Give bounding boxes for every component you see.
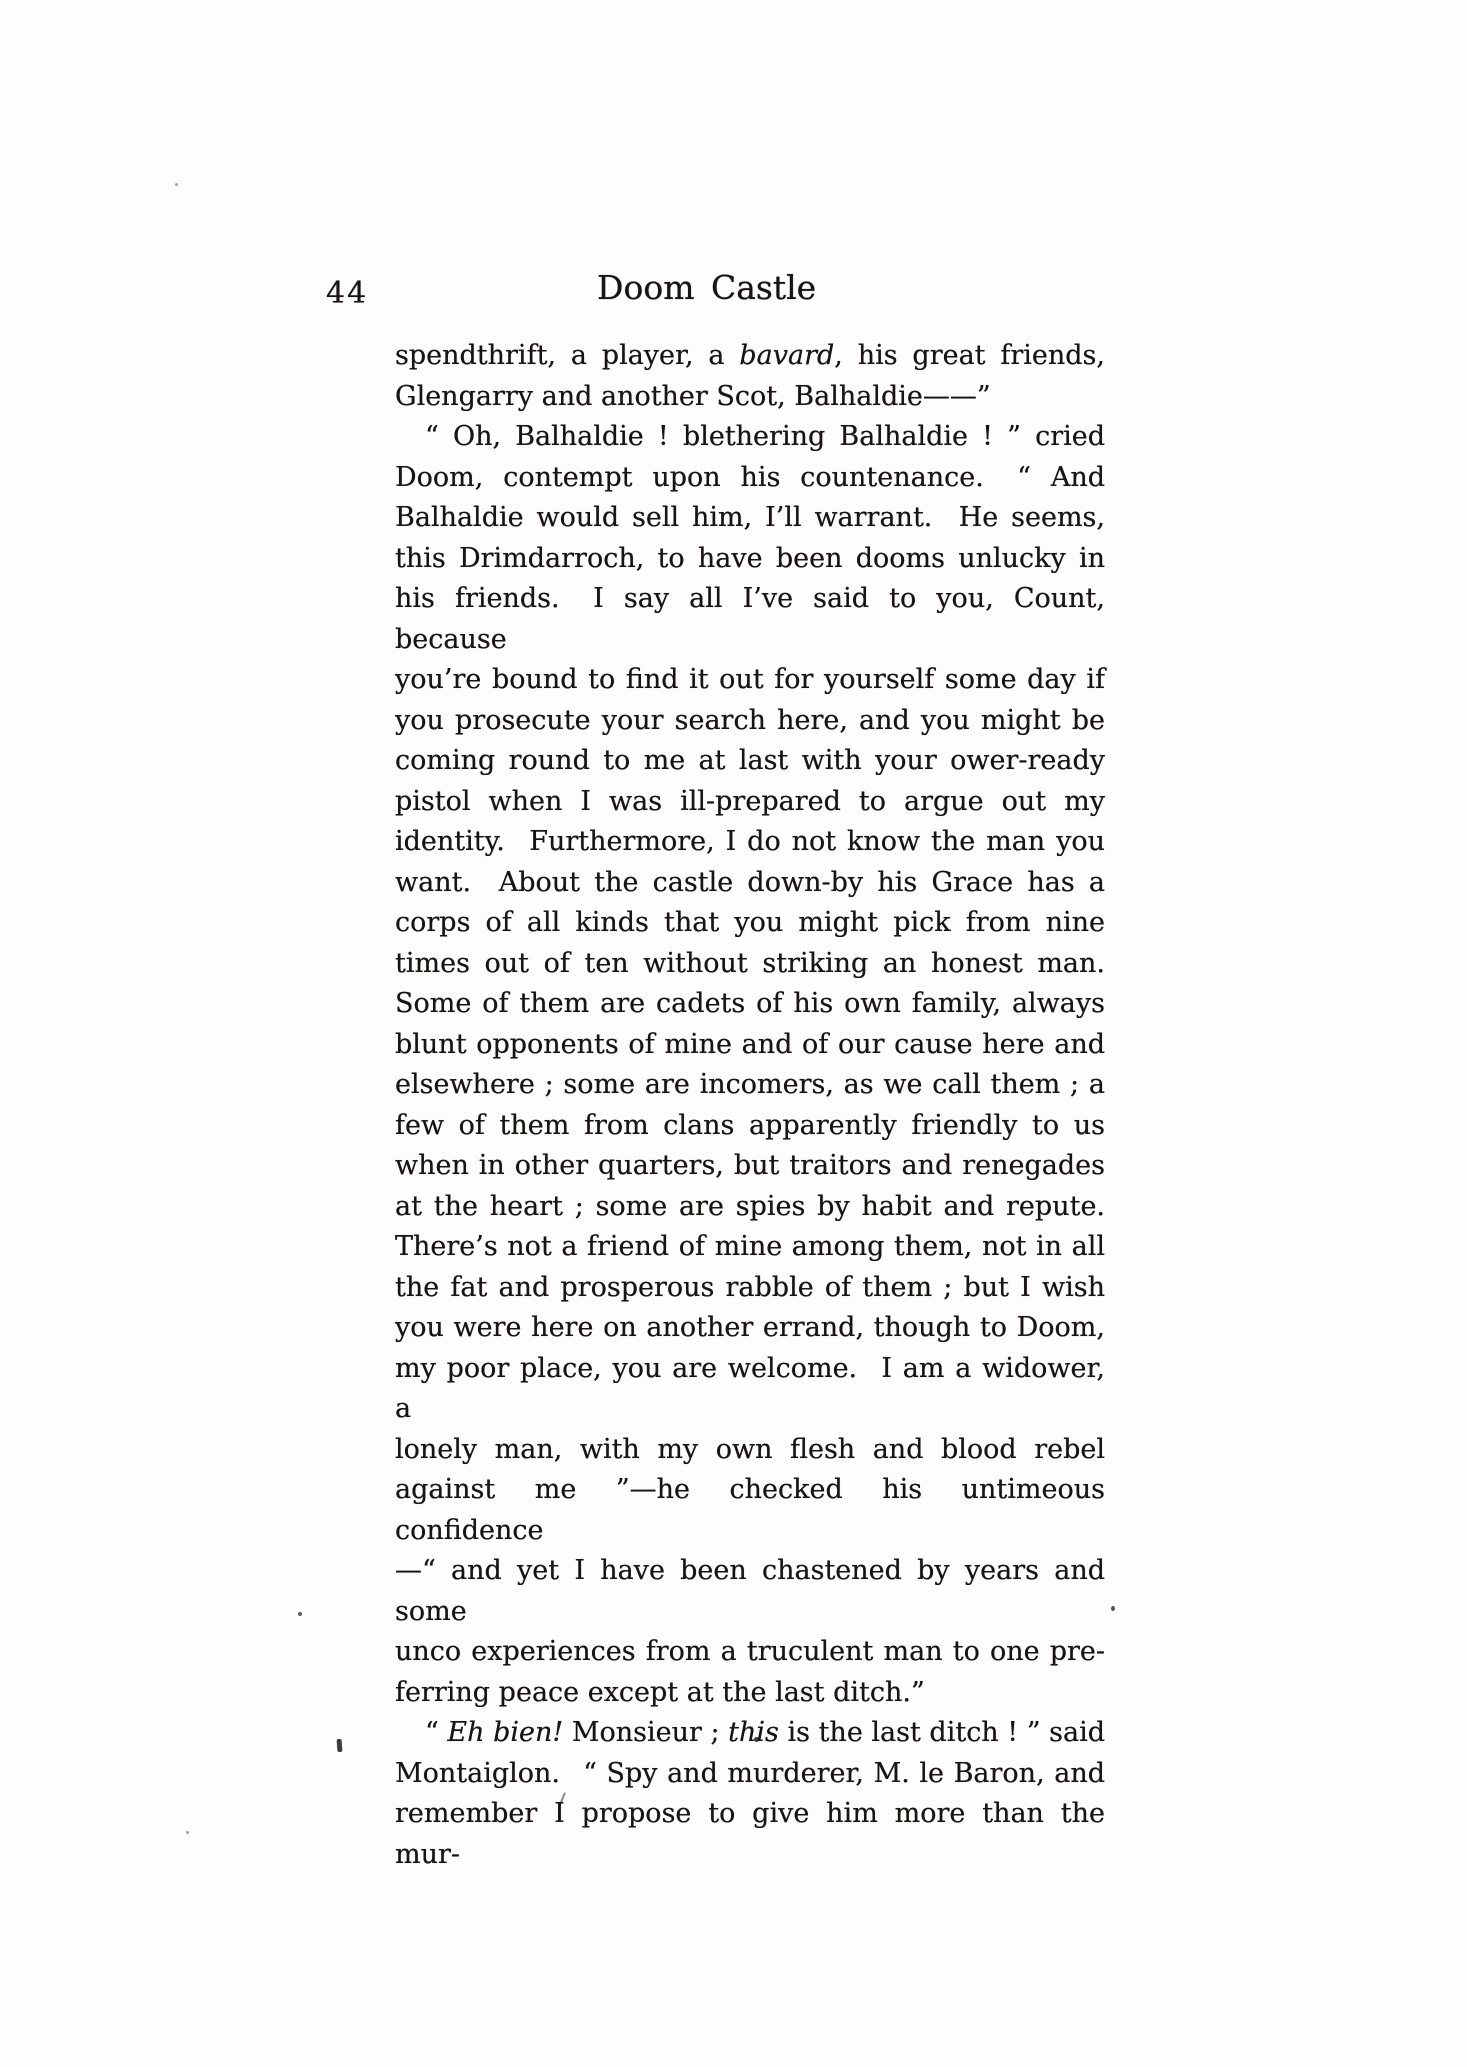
text-segment: “ Oh, Balhaldie ! blethering Balhaldie !… <box>425 421 1105 452</box>
scan-speck <box>298 1612 302 1616</box>
text-line: you’re bound to find it out for yourself… <box>395 660 1105 701</box>
text-segment: spendthrift, a player, a <box>395 340 739 371</box>
text-segment: lonely man, with my own flesh and blood … <box>395 1434 1105 1465</box>
scan-speck <box>186 1831 189 1834</box>
text-segment: Monsieur ; <box>563 1717 728 1748</box>
text-line: remember I propose to give him more than… <box>395 1794 1105 1875</box>
text-segment: want. About the castle down-by his Grace… <box>395 867 1105 898</box>
text-segment: is the last ditch ! ” said <box>779 1717 1105 1748</box>
italic-text: Eh bien! <box>447 1717 563 1748</box>
text-segment: when in other quarters, but traitors and… <box>395 1150 1105 1181</box>
text-line: lonely man, with my own flesh and blood … <box>395 1430 1105 1471</box>
text-line: against me ”—he checked his untimeous co… <box>395 1470 1105 1551</box>
text-segment: —“ and yet I have been chastened by year… <box>395 1555 1105 1627</box>
text-segment: Doom, contempt upon his countenance. “ A… <box>395 462 1105 493</box>
text-segment: at the heart ; some are spies by habit a… <box>395 1191 1105 1222</box>
text-segment: you’re bound to find it out for yourself… <box>395 664 1105 695</box>
text-line: —“ and yet I have been chastened by year… <box>395 1551 1105 1632</box>
text-line: pistol when I was ill-prepared to argue … <box>395 782 1105 823</box>
text-segment: my poor place, you are welcome. I am a w… <box>395 1353 1105 1425</box>
italic-text: bavard <box>739 340 834 371</box>
running-title: Doom Castle <box>597 268 816 307</box>
page-header: 44 Doom Castle <box>0 268 1467 318</box>
text-segment: remember I propose to give him more than… <box>395 1798 1105 1870</box>
text-line: blunt opponents of mine and of our cause… <box>395 1025 1105 1066</box>
text-segment: this Drimdarroch, to have been dooms unl… <box>395 543 1105 574</box>
text-line: spendthrift, a player, a bavard, his gre… <box>395 336 1105 377</box>
text-line: his friends. I say all I’ve said to you,… <box>395 579 1105 660</box>
text-line: coming round to me at last with your owe… <box>395 741 1105 782</box>
text-segment: pistol when I was ill-prepared to argue … <box>395 786 1105 817</box>
text-segment: There’s not a friend of mine among them,… <box>395 1231 1105 1262</box>
text-line: There’s not a friend of mine among them,… <box>395 1227 1105 1268</box>
text-segment: few of them from clans apparently friend… <box>395 1110 1105 1141</box>
text-segment: his friends. I say all I’ve said to you,… <box>395 583 1105 655</box>
text-line: when in other quarters, but traitors and… <box>395 1146 1105 1187</box>
text-line: times out of ten without striking an hon… <box>395 944 1105 985</box>
text-line: at the heart ; some are spies by habit a… <box>395 1187 1105 1228</box>
text-segment: elsewhere ; some are incomers, as we cal… <box>395 1069 1105 1100</box>
scan-speck <box>337 1739 343 1752</box>
text-line: corps of all kinds that you might pick f… <box>395 903 1105 944</box>
text-line: my poor place, you are welcome. I am a w… <box>395 1349 1105 1430</box>
text-line: Montaiglon. “ Spy and murderer, M. le Ba… <box>395 1754 1105 1795</box>
text-segment: times out of ten without striking an hon… <box>395 948 1105 979</box>
text-segment: , his great friends, <box>834 340 1105 371</box>
text-segment: identity. Furthermore, I do not know the… <box>395 826 1105 857</box>
text-line: “ Oh, Balhaldie ! blethering Balhaldie !… <box>395 417 1105 458</box>
text-segment: Balhaldie would sell him, I’ll warrant. … <box>395 502 1105 533</box>
page-number: 44 <box>326 276 368 311</box>
text-segment: you were here on another errand, though … <box>395 1312 1105 1343</box>
text-segment: Some of them are cadets of his own famil… <box>395 988 1105 1019</box>
text-block: spendthrift, a player, a bavard, his gre… <box>395 336 1105 1875</box>
text-segment: “ <box>425 1717 447 1748</box>
text-line: the fat and prosperous rabble of them ; … <box>395 1268 1105 1309</box>
text-line: you were here on another errand, though … <box>395 1308 1105 1349</box>
text-line: identity. Furthermore, I do not know the… <box>395 822 1105 863</box>
text-line: want. About the castle down-by his Grace… <box>395 863 1105 904</box>
text-segment: coming round to me at last with your owe… <box>395 745 1105 776</box>
text-segment: Glengarry and another Scot, Balhaldie——” <box>395 381 991 412</box>
text-segment: Montaiglon. “ Spy and murderer, M. le Ba… <box>395 1758 1105 1789</box>
text-line: Glengarry and another Scot, Balhaldie——” <box>395 377 1105 418</box>
text-line: Some of them are cadets of his own famil… <box>395 984 1105 1025</box>
text-line: you prosecute your search here, and you … <box>395 701 1105 742</box>
text-segment: unco experiences from a truculent man to… <box>395 1636 1105 1667</box>
italic-text: this <box>728 1717 779 1748</box>
text-segment: blunt opponents of mine and of our cause… <box>395 1029 1105 1060</box>
text-segment: corps of all kinds that you might pick f… <box>395 907 1105 938</box>
text-line: “ Eh bien! Monsieur ; this is the last d… <box>395 1713 1105 1754</box>
book-page: 44 Doom Castle spendthrift, a player, a … <box>0 0 1467 2067</box>
text-line: unco experiences from a truculent man to… <box>395 1632 1105 1673</box>
text-segment: you prosecute your search here, and you … <box>395 705 1105 736</box>
text-line: this Drimdarroch, to have been dooms unl… <box>395 539 1105 580</box>
scan-speck <box>1111 1606 1115 1611</box>
text-segment: against me ”—he checked his untimeous co… <box>395 1474 1105 1546</box>
text-line: elsewhere ; some are incomers, as we cal… <box>395 1065 1105 1106</box>
text-segment: the fat and prosperous rabble of them ; … <box>395 1272 1105 1303</box>
text-line: ferring peace except at the last ditch.” <box>395 1673 1105 1714</box>
text-line: few of them from clans apparently friend… <box>395 1106 1105 1147</box>
scan-speck <box>175 183 178 186</box>
text-segment: ferring peace except at the last ditch.” <box>395 1677 925 1708</box>
scan-speck <box>754 1737 759 1742</box>
text-line: Balhaldie would sell him, I’ll warrant. … <box>395 498 1105 539</box>
text-line: Doom, contempt upon his countenance. “ A… <box>395 458 1105 499</box>
